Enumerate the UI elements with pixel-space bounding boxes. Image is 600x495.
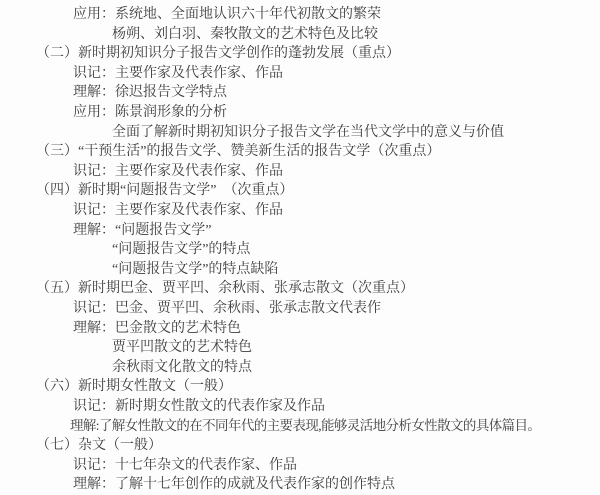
outline-line: （六）新时期女性散文（一般）	[0, 377, 600, 397]
outline-line: 余秋雨文化散文的特点	[0, 358, 600, 378]
outline-line: 识记：新时期女性散文的代表作家及作品	[0, 397, 600, 417]
syllabus-outline: 应用：系统地、全面地认识六十年代初散文的繁荣杨朔、刘白羽、秦牧散文的艺术特色及比…	[0, 5, 600, 495]
outline-line: 识记：十七年杂文的代表作家、作品	[0, 456, 600, 476]
outline-line: （四）新时期“问题报告文学” （次重点）	[0, 181, 600, 201]
outline-line: 理解：“问题报告文学”	[0, 221, 600, 241]
outline-line: 贾平凹散文的艺术特色	[0, 338, 600, 358]
outline-line: 识记：主要作家及代表作家、作品	[0, 162, 600, 182]
outline-line: 理解：巴金散文的艺术特色	[0, 319, 600, 339]
outline-line: 理解：徐迟报告文学特点	[0, 83, 600, 103]
outline-line: 杨朔、刘白羽、秦牧散文的艺术特色及比较	[0, 25, 600, 45]
outline-line: （七）杂文（一般）	[0, 436, 600, 456]
outline-line: “问题报告文学”的特点缺陷	[0, 260, 600, 280]
outline-line: 应用：陈景润形象的分析	[0, 103, 600, 123]
document-page: 应用：系统地、全面地认识六十年代初散文的繁荣杨朔、刘白羽、秦牧散文的艺术特色及比…	[0, 0, 600, 495]
outline-line: 理解:了解女性散文的在不同年代的主要表现,能够灵活地分析女性散文的具体篇目。	[0, 416, 600, 436]
outline-line: 识记：主要作家及代表作家、作品	[0, 201, 600, 221]
outline-line: （三）“干预生活”的报告文学、赞美新生活的报告文学（次重点）	[0, 142, 600, 162]
outline-line: 应用：系统地、全面地认识六十年代初散文的繁荣	[0, 5, 600, 25]
outline-line: （二）新时期初知识分子报告文学创作的蓬勃发展（重点）	[0, 44, 600, 64]
outline-line: “问题报告文学”的特点	[0, 240, 600, 260]
outline-line: 理解：了解十七年创作的成就及代表作家的创作特点	[0, 475, 600, 495]
outline-line: （五）新时期巴金、贾平凹、余秋雨、张承志散文（次重点）	[0, 279, 600, 299]
outline-line: 识记：主要作家及代表作家、作品	[0, 64, 600, 84]
outline-line: 全面了解新时期初知识分子报告文学在当代文学中的意义与价值	[0, 123, 600, 143]
outline-line: 识记：巴金、贾平凹、余秋雨、张承志散文代表作	[0, 299, 600, 319]
